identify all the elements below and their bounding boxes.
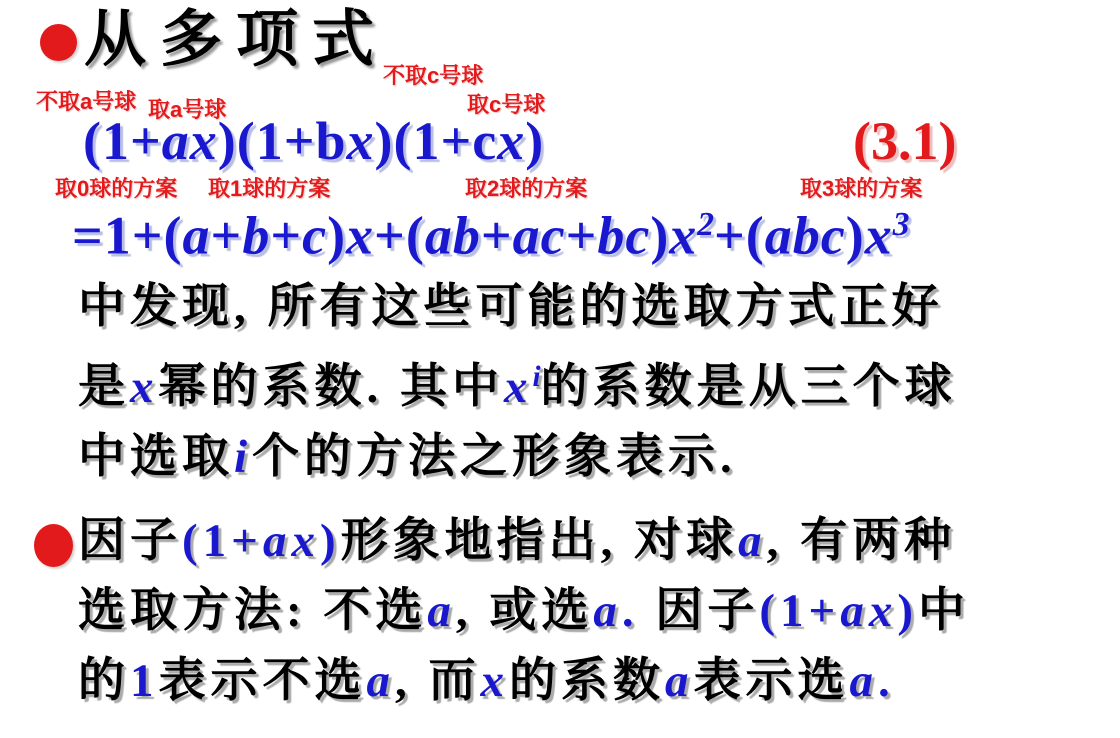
paragraph-factor-explanation: 因子(1+ax)形象地指出, 对球a, 有两种 选取方法: 不选a, 或选a. … xyxy=(78,506,1120,716)
bullet-icon xyxy=(40,24,77,61)
label-skip-ball-c: 不取c号球 xyxy=(383,64,483,88)
slide-title: 从多项式 xyxy=(84,4,388,76)
polynomial-formula: (1+ax)(1+bx)(1+cx) xyxy=(83,112,544,170)
paragraph-coefficient-observation: 中发现, 所有这些可能的选取方式正好 是x幂的系数. 其中xi的系数是从三个球 … xyxy=(78,272,1120,492)
slide-canvas: 从多项式 不取a号球 取a号球 不取c号球 取c号球 (1+ax)(1+bx)(… xyxy=(0,0,1120,738)
equation-number: (3.1) xyxy=(853,112,956,170)
expanded-polynomial-formula: =1+(a+b+c)x+(ab+ac+bc)x2+(abc)x3 xyxy=(72,196,909,264)
bullet-icon xyxy=(34,524,73,567)
